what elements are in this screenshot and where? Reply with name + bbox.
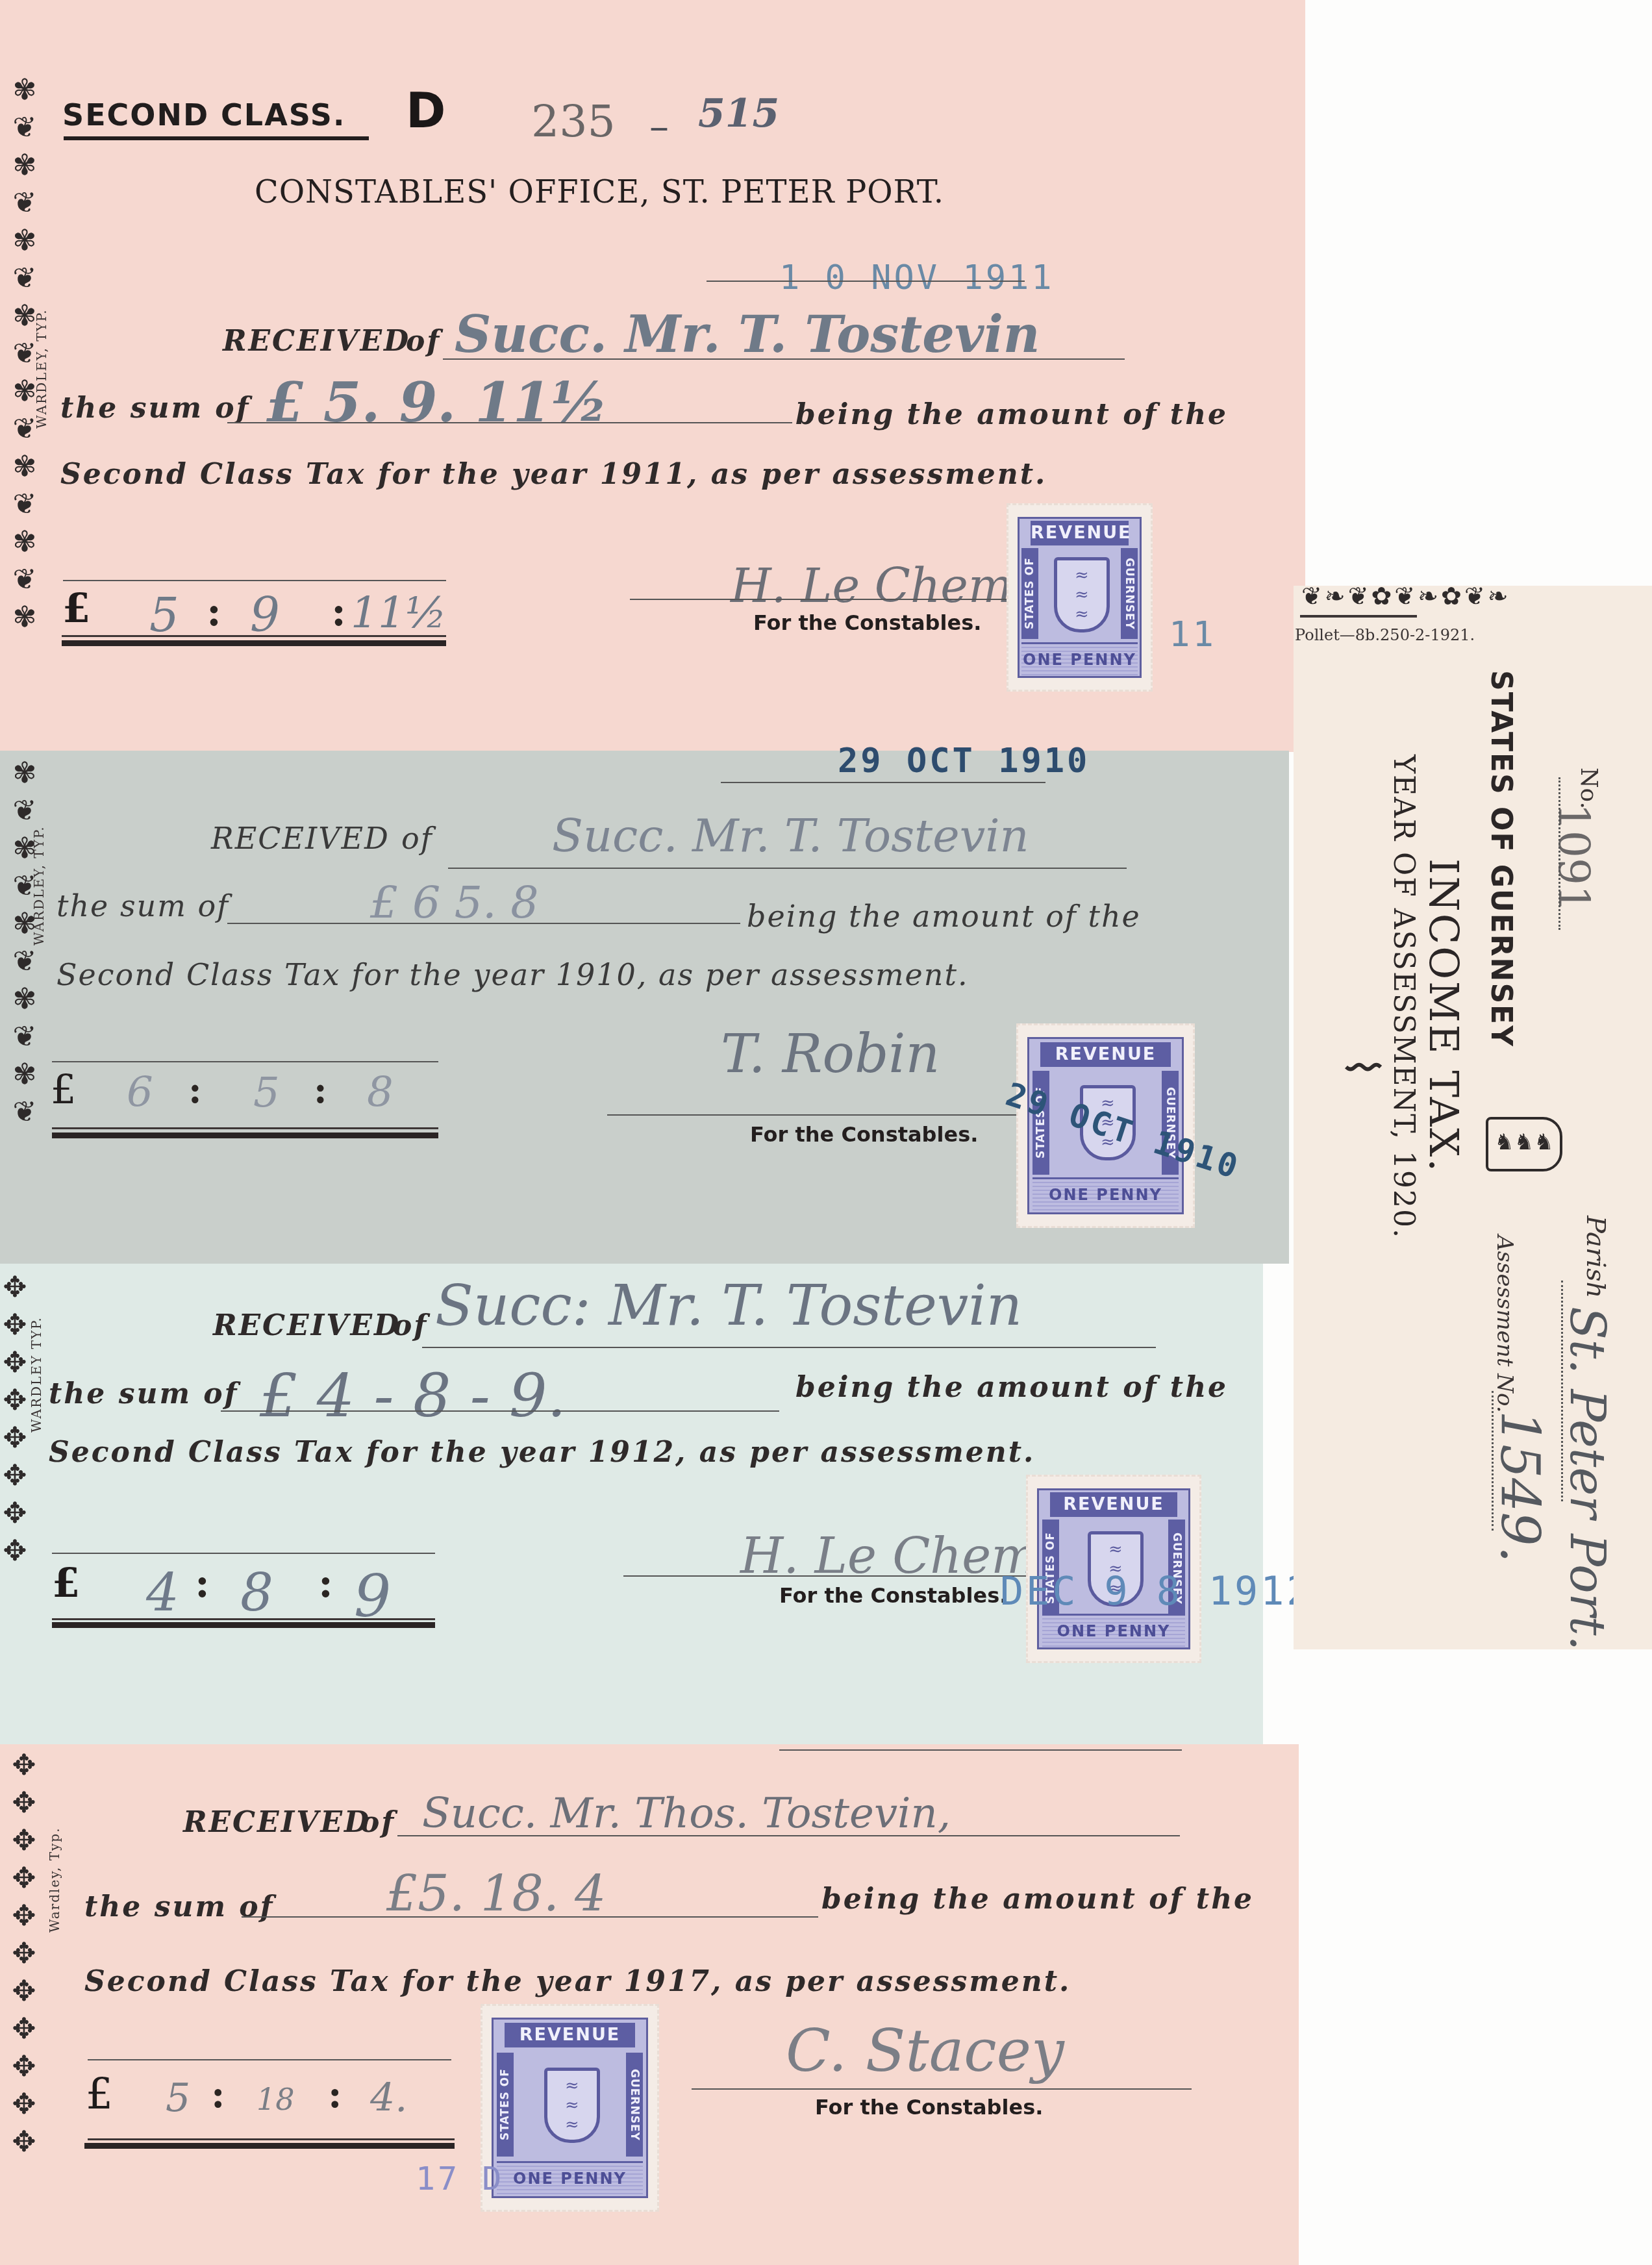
ornamental-header: ❦❧❦✿❦❧✿❦❧ (1301, 582, 1511, 610)
receipt-1911: ✾❦✾❦✾❦✾❦✾❦✾❦✾❦✾ WARDLEY, TYP. SECOND CLA… (0, 0, 1305, 752)
stamp-value: ONE PENNY (1032, 1177, 1179, 1210)
date-line (779, 1749, 1182, 1751)
amount-sep-1: : (195, 1559, 210, 1607)
sum-handwritten: £ 4 - 8 - 9. (260, 1361, 566, 1431)
number-dotted-line (1558, 777, 1560, 930)
amount-sep-1: : (188, 1069, 202, 1112)
for-constables-label: For the Constables. (815, 2095, 1043, 2120)
sum-line (242, 1916, 818, 1918)
stamp-cancel: DEC 9 8 1912 (1000, 1569, 1312, 1614)
sum-handwritten: £ 6 5. 8 (370, 877, 539, 929)
amount-bottom-line (62, 635, 446, 637)
parish-label: Parish (1581, 1216, 1610, 1298)
date-line (707, 281, 1025, 282)
guernsey-crest-icon: ♞♞♞ (1486, 1117, 1562, 1171)
received-line (448, 868, 1127, 869)
signature: T. Robin (721, 1023, 940, 1085)
received-from: Succ. Mr. T. Tostevin (455, 305, 1040, 364)
tax-line: Second Class Tax for the year 1912, as p… (49, 1436, 1035, 1469)
ornamental-border: ✥✥✥✥✥✥✥✥ (0, 1269, 26, 1575)
amount-pounds: 5 (166, 2075, 190, 2121)
office-heading: CONSTABLES' OFFICE, ST. PETER PORT. (255, 174, 944, 210)
sum-label: the sum of (60, 392, 251, 425)
amount-top-line (52, 1553, 435, 1554)
being-label: being the amount of the (795, 1371, 1228, 1404)
signature: C. Stacey (786, 2017, 1064, 2085)
stamp-top: REVENUE (1050, 1492, 1177, 1517)
amount-pence: 4. (370, 2075, 407, 2121)
year-line: YEAR OF ASSESSMENT, 1920. (1387, 755, 1420, 1239)
amount-shillings: 8 (240, 1562, 273, 1623)
stamp-top: REVENUE (1031, 521, 1129, 545)
tax-line: Second Class Tax for the year 1910, as p… (56, 957, 969, 992)
receipt-1917: ✥✥✥✥✥✥✥✥✥✥✥ Wardley, Typ. RECEIVED of Su… (0, 1744, 1299, 2265)
amount-double-rule (52, 1132, 438, 1138)
for-constables-label: For the Constables. (779, 1583, 1007, 1608)
ornamental-border: ✥✥✥✥✥✥✥✥✥✥✥ (3, 1747, 42, 2174)
income-tax-form-1920: ❦❧❦✿❦❧✿❦❧ Pollet—8b.250-2-1921. STATES O… (1294, 586, 1652, 1649)
sum-label: the sum of (56, 888, 229, 923)
stamp-value: ONE PENNY (1021, 642, 1138, 675)
stamp-left: STATES OF (497, 2053, 514, 2157)
of-label: of (401, 821, 433, 856)
stamp-top: REVENUE (1040, 1042, 1171, 1067)
reference-handwritten: 515 (698, 91, 779, 136)
signature-line (692, 2088, 1192, 2090)
amount-shillings: 5 (253, 1069, 280, 1117)
signature-line (607, 1114, 1029, 1116)
form-number: 1091 (1549, 803, 1599, 912)
form-title: INCOME TAX. (1420, 858, 1468, 1173)
sum-label: the sum of (84, 1890, 275, 1923)
for-constables-label: For the Constables. (750, 1122, 978, 1147)
received-line (397, 1835, 1180, 1836)
date-stamp: 1 0 NOV 1911 (779, 258, 1055, 297)
stamp-right: GUERNSEY (626, 2053, 643, 2157)
stamp-cancel: 11 (1169, 614, 1216, 655)
amount-top-line (88, 2059, 451, 2060)
date-stamp: 29 OCT 1910 (838, 742, 1090, 781)
received-from: Succ: Mr. T. Tostevin (435, 1273, 1022, 1338)
stamp-left: STATES OF (1021, 548, 1038, 639)
amount-shillings: 9 (250, 588, 280, 642)
received-label: RECEIVED (183, 1806, 371, 1839)
sum-handwritten: £5. 18. 4 (386, 1864, 606, 1922)
amount-pounds: 6 (127, 1069, 153, 1117)
stamp-top: REVENUE (505, 2023, 635, 2047)
signature-line (630, 599, 1007, 600)
sum-handwritten: £ 5. 9. 11½ (266, 370, 608, 434)
received-line (443, 358, 1125, 360)
stamp-cancel: 17 D (416, 2160, 504, 2197)
stamp-value: ONE PENNY (497, 2161, 643, 2194)
guernsey-crest-icon (544, 2068, 600, 2143)
being-label: being the amount of the (747, 899, 1141, 934)
amount-top-line (63, 580, 446, 581)
parish-value: St. Peter Port. (1559, 1307, 1615, 1651)
printer-mark: WARDLEY, TYP. (34, 308, 49, 429)
reference-dash: – (649, 104, 669, 149)
of-label: of (360, 1806, 395, 1839)
for-constables-label: For the Constables. (753, 610, 981, 635)
sum-line (227, 923, 740, 924)
amount-top-line (52, 1061, 438, 1062)
amount-pounds: 4 (146, 1562, 179, 1623)
amount-bottom-line (88, 2138, 455, 2140)
tax-line: Second Class Tax for the year 1917, as p… (84, 1965, 1071, 1998)
ornamental-border: ✾❦✾❦✾❦✾❦✾❦ (0, 755, 45, 1153)
pound-sign: £ (52, 1559, 80, 1607)
amount-double-rule (52, 1622, 435, 1628)
amount-bottom-line (52, 1127, 438, 1129)
pound-sign: £ (51, 1066, 76, 1113)
tax-line: Second Class Tax for the year 1911, as p… (60, 458, 1047, 491)
received-label: RECEIVED (211, 821, 390, 856)
guernsey-crest-icon (1054, 557, 1110, 632)
pound-sign: £ (62, 584, 90, 632)
of-label: of (406, 325, 441, 358)
header-rule (1300, 615, 1417, 618)
being-label: being the amount of the (795, 398, 1228, 431)
pound-sign: £ (86, 2069, 113, 2119)
amount-sep-2: : (328, 2072, 342, 2116)
signature-line (623, 1575, 1039, 1577)
amount-sep-1: : (211, 2072, 225, 2116)
printer-mark: WARDLEY, TYP. (31, 825, 47, 945)
amount-pence: 8 (367, 1069, 394, 1117)
class-underline (64, 136, 369, 140)
date-line (721, 782, 1045, 783)
stamp-right: GUERNSEY (1121, 548, 1138, 639)
amount-pounds: 5 (149, 588, 179, 642)
scroll-flourish-icon: ⌇ (1335, 1056, 1388, 1078)
amount-bottom-line (52, 1618, 435, 1620)
receipt-1910: ✾❦✾❦✾❦✾❦✾❦ WARDLEY, TYP. 29 OCT 1910 REC… (0, 751, 1289, 1264)
received-line (422, 1347, 1156, 1348)
amount-shillings: 18 (257, 2082, 295, 2117)
amount-sep-1: : (206, 588, 221, 635)
sum-label: the sum of (49, 1377, 239, 1410)
amount-sep-2: : (331, 588, 346, 635)
amount-sep-2: : (314, 1069, 327, 1112)
received-from: Succ. Mr. Thos. Tostevin, (422, 1790, 951, 1838)
printer-mark: WARDLEY TYP. (29, 1316, 44, 1433)
assessment-label: Assessment No. (1492, 1235, 1518, 1413)
revenue-stamp: REVENUE STATES OF GUERNSEY ONE PENNY (1007, 503, 1153, 692)
received-label: RECEIVED (223, 325, 410, 358)
sum-line (227, 422, 792, 423)
revenue-stamp: REVENUE STATES OF GUERNSEY ONE PENNY (481, 2004, 659, 2212)
printer-line: Pollet—8b.250-2-1921. (1295, 626, 1475, 644)
sum-line (221, 1410, 779, 1412)
class-letter: D (406, 83, 445, 139)
of-label: of (393, 1309, 428, 1342)
printer-mark: Wardley, Typ. (47, 1827, 62, 1933)
receipt-1912: ✥✥✥✥✥✥✥✥ WARDLEY TYP. RECEIVED of Succ: … (0, 1264, 1263, 1744)
class-label: SECOND CLASS. (62, 97, 345, 132)
amount-double-rule (62, 640, 446, 646)
received-label: RECEIVED (213, 1309, 401, 1342)
amount-pence: 11½ (351, 588, 447, 638)
assessment-value: 1549. (1488, 1410, 1550, 1563)
received-from: Succ. Mr. T. Tostevin (552, 809, 1029, 862)
issuer: STATES OF GUERNSEY (1484, 670, 1518, 1047)
amount-double-rule (84, 2143, 455, 2149)
being-label: being the amount of the (821, 1883, 1254, 1916)
amount-pence: 9 (354, 1562, 391, 1631)
stamp-value: ONE PENNY (1042, 1614, 1185, 1647)
reference-number: 235 (531, 96, 616, 147)
amount-sep-2: : (318, 1559, 333, 1607)
